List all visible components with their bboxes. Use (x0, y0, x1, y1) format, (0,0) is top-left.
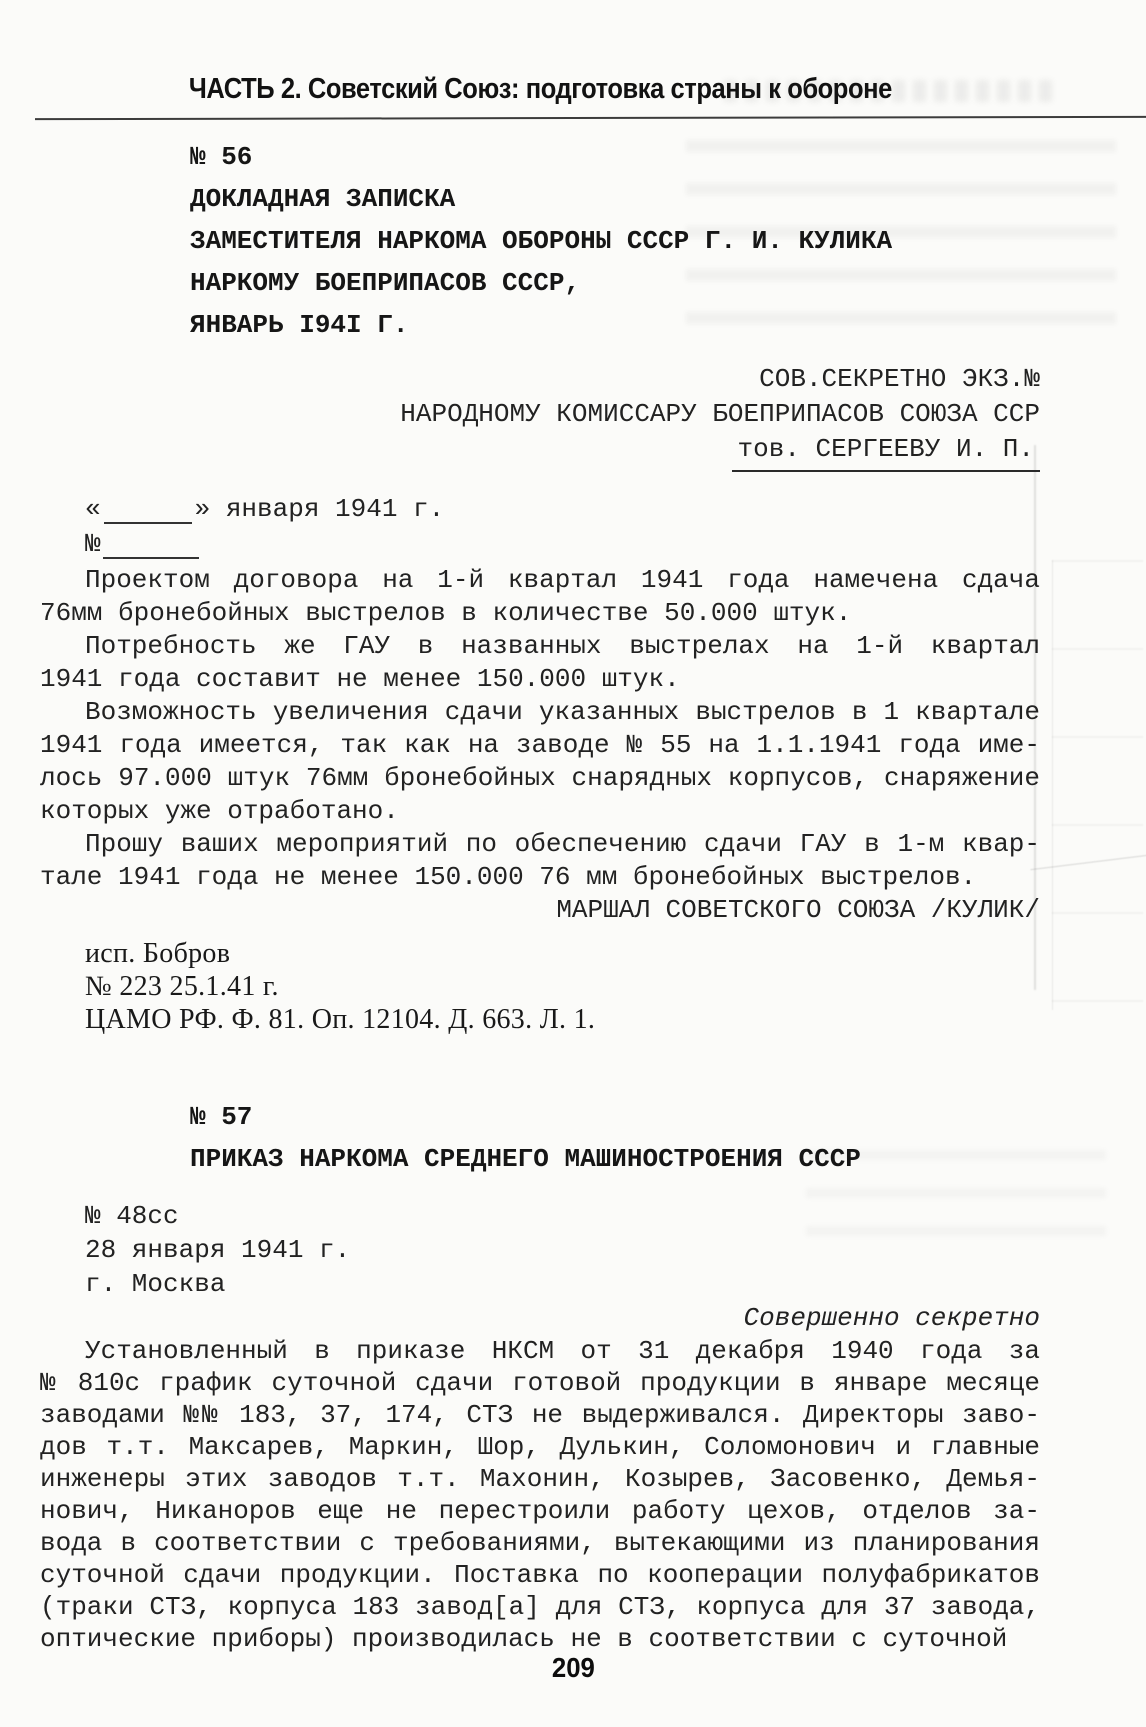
text-line: ПРИКАЗ НАРКОМА СРЕДНЕГО МАШИНОСТРОЕНИЯ С… (190, 1138, 1040, 1180)
addressee-line: НАРОДНОМУ КОМИССАРУ БОЕПРИПАСОВ СОЮЗА СС… (40, 397, 1040, 432)
text-line: Прошу ваших мероприятий по обеспечению с… (40, 828, 1040, 861)
text-line: суточной сдачи продукции. Поставка по ко… (40, 1559, 1040, 1591)
text-line: НАРКОМУ БОЕПРИПАСОВ СССР, (190, 262, 1040, 304)
number-label: № (85, 529, 101, 559)
doc57-heading: № 57 ПРИКАЗ НАРКОМА СРЕДНЕГО МАШИНОСТРОЕ… (190, 1096, 1040, 1180)
text-line: вода в соответствии с требованиями, выте… (40, 1527, 1040, 1559)
date-suffix: » января 1941 г. (195, 494, 445, 524)
doc56-letterhead: СОВ.СЕКРЕТНО ЭКЗ.№ НАРОДНОМУ КОМИССАРУ Б… (40, 362, 1040, 472)
text-line: 28 января 1941 г. (85, 1233, 1040, 1267)
text-line: № 48сс (85, 1199, 1040, 1233)
doc56-number: № 56 (190, 136, 1040, 178)
doc56-heading: № 56 ДОКЛАДНАЯ ЗАПИСКАЗАМЕСТИТЕЛЯ НАРКОМ… (190, 136, 1040, 346)
page-number-text: 209 (552, 1652, 595, 1684)
open-quote: « (85, 494, 101, 524)
text-line: Потребность же ГАУ в названных выстрелах… (40, 630, 1040, 663)
text-line: г. Москва (85, 1267, 1040, 1301)
text-line: Установленный в приказе НКСМ от 31 декаб… (40, 1335, 1040, 1367)
text-line: нович, Никаноров еще не перестроили рабо… (40, 1495, 1040, 1527)
secrecy-stamp: СОВ.СЕКРЕТНО ЭКЗ.№ (40, 362, 1040, 397)
bleed-through-table-artifact (1052, 560, 1143, 1010)
running-head-text: ЧАСТЬ 2. Советский Союз: подготовка стра… (189, 76, 892, 102)
doc57-meta: № 48сс28 января 1941 г.г. Москва (85, 1199, 1040, 1301)
doc57-number: № 57 (190, 1096, 1040, 1138)
doc56-dateblock: «» января 1941 г. № (85, 492, 1040, 562)
doc57-title: ПРИКАЗ НАРКОМА СРЕДНЕГО МАШИНОСТРОЕНИЯ С… (190, 1138, 1040, 1180)
page-content: ЧАСТЬ 2. Советский Союз: подготовка стра… (40, 0, 1040, 1655)
text-line: тале 1941 года не менее 150.000 76 мм бр… (40, 861, 1040, 894)
doc57-body: Установленный в приказе НКСМ от 31 декаб… (40, 1335, 1040, 1655)
doc56-body: Проектом договора на 1-й квартал 1941 го… (40, 564, 1040, 894)
text-line: оптические приборы) производилась не в с… (40, 1623, 1040, 1655)
text-line: № 810с график суточной сдачи готовой про… (40, 1367, 1040, 1399)
text-line: дов т.т. Максарев, Маркин, Шор, Дулькин,… (40, 1431, 1040, 1463)
text-line: ЗАМЕСТИТЕЛЯ НАРКОМА ОБОРОНЫ СССР Г. И. К… (190, 220, 1040, 262)
text-line: 76мм бронебойных выстрелов в количестве … (40, 597, 1040, 630)
scanned-book-page: ЧАСТЬ 2. Советский Союз: подготовка стра… (0, 0, 1146, 1727)
blank-underline (103, 543, 199, 559)
text-line: которых уже отработано. (40, 795, 1040, 828)
text-line: заводами №№ 183, 37, 174, СТЗ не выдержи… (40, 1399, 1040, 1431)
addressee-name-line: тов. СЕРГЕЕВУ И. П. (40, 432, 1040, 472)
addressee-name: тов. СЕРГЕЕВУ И. П. (732, 432, 1040, 472)
page-number: 209 (0, 1652, 1146, 1684)
date-blank-line: «» января 1941 г. (85, 492, 1040, 527)
text-line: ЦАМО РФ. Ф. 81. Оп. 12104. Д. 663. Л. 1. (85, 1003, 1040, 1036)
text-line: лось 97.000 штук 76мм бронебойных снаряд… (40, 762, 1040, 795)
doc57-secrecy-stamp: Совершенно секретно (40, 1301, 1040, 1335)
text-line: 1941 года имеется, так как на заводе № 5… (40, 729, 1040, 762)
page-crease-artifact (1030, 855, 1146, 870)
blank-underline (104, 508, 192, 524)
number-blank-line: № (85, 527, 1040, 562)
running-head: ЧАСТЬ 2. Советский Союз: подготовка стра… (40, 0, 1040, 102)
text-line: ЯНВАРЬ I94I Г. (190, 304, 1040, 346)
text-line: Проектом договора на 1-й квартал 1941 го… (40, 564, 1040, 597)
doc56-source-block: исп. Бобров№ 223 25.1.41 г.ЦАМО РФ. Ф. 8… (85, 937, 1040, 1036)
doc56-title: ДОКЛАДНАЯ ЗАПИСКАЗАМЕСТИТЕЛЯ НАРКОМА ОБО… (190, 178, 1040, 346)
text-line: Возможность увеличения сдачи указанных в… (40, 696, 1040, 729)
text-line: инженеры этих заводов т.т. Махонин, Козы… (40, 1463, 1040, 1495)
doc56-signature: МАРШАЛ СОВЕТСКОГО СОЮЗА /КУЛИК/ (40, 894, 1040, 927)
text-line: (траки СТЗ, корпуса 183 завод[а] для СТЗ… (40, 1591, 1040, 1623)
text-line: исп. Бобров (85, 937, 1040, 970)
text-line: № 223 25.1.41 г. (85, 970, 1040, 1003)
text-line: ДОКЛАДНАЯ ЗАПИСКА (190, 178, 1040, 220)
text-line: 1941 года составит не менее 150.000 штук… (40, 663, 1040, 696)
